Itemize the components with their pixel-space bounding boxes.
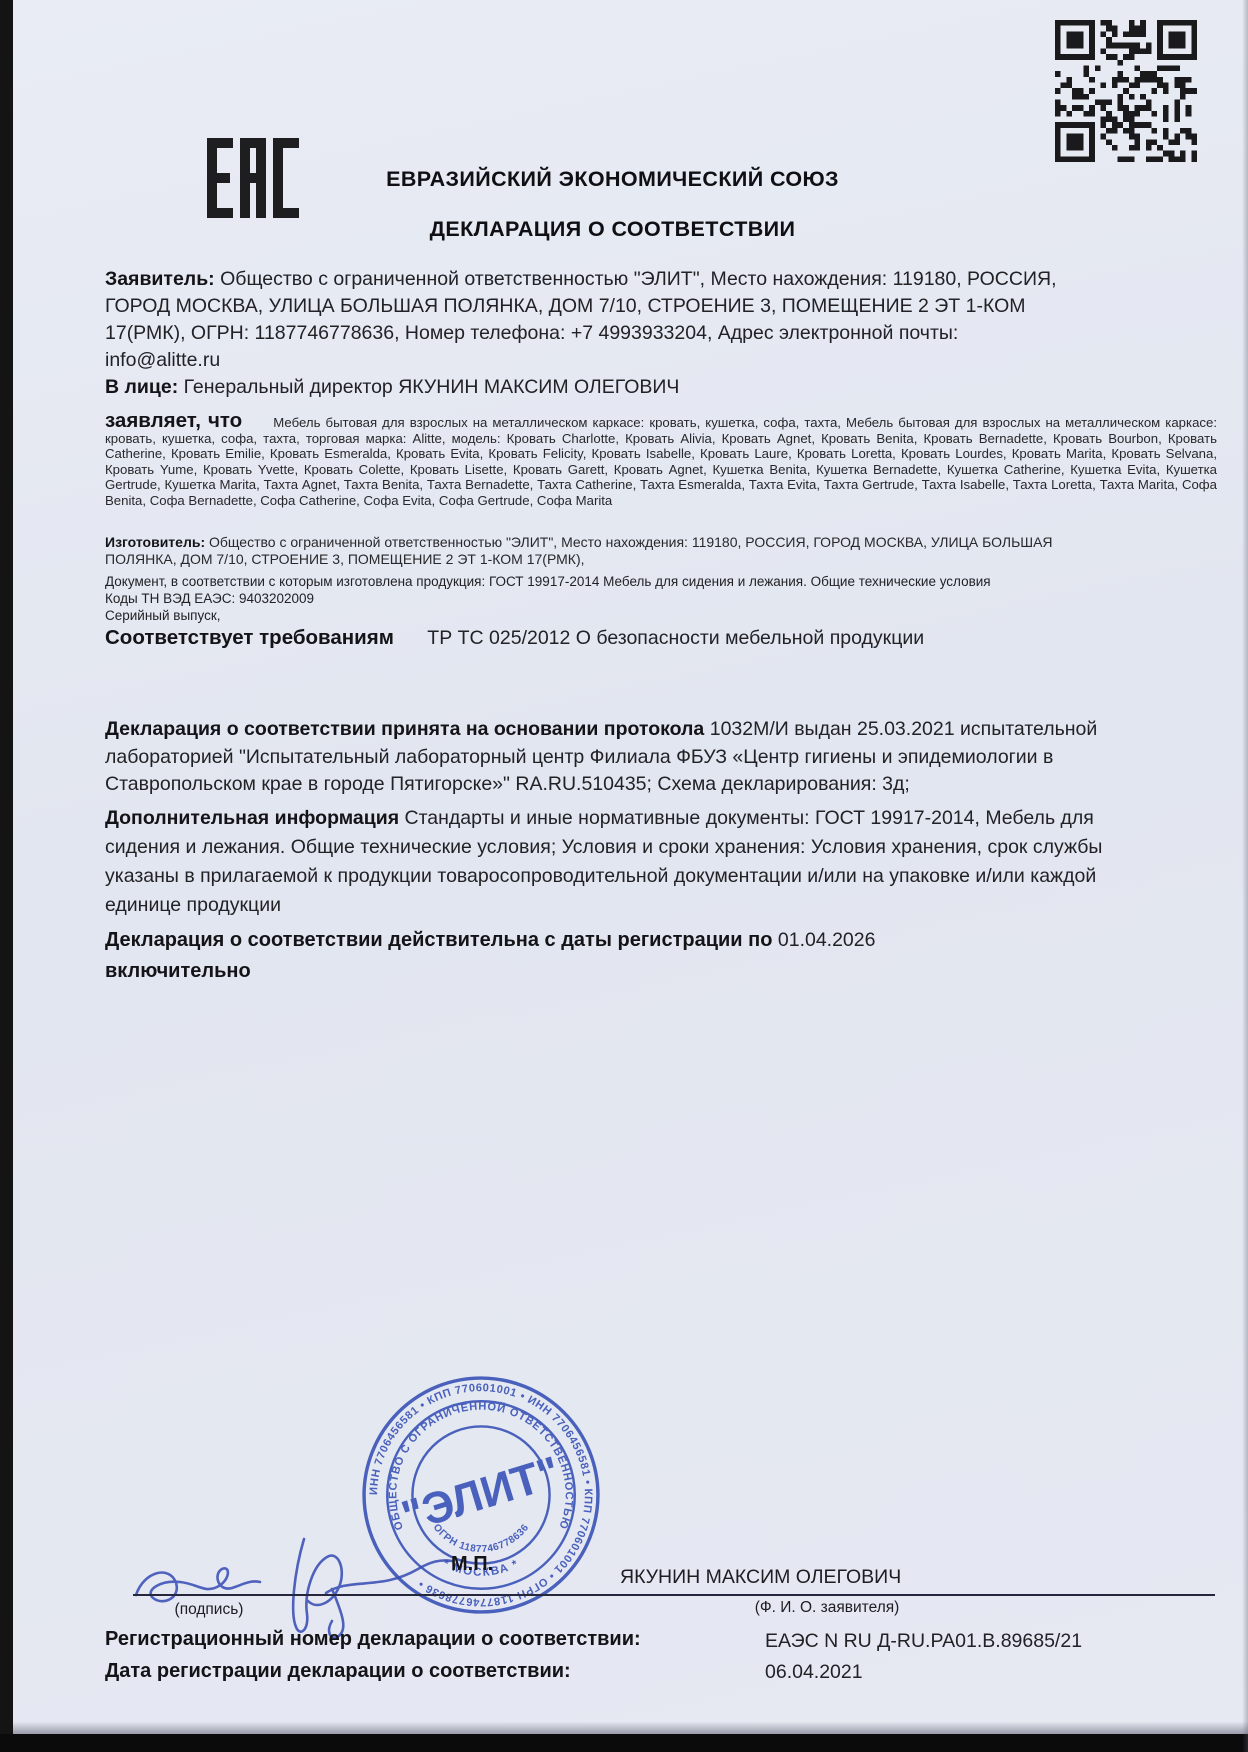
applicant-text: Общество с ограниченной ответственностью… bbox=[105, 268, 1057, 371]
in-person-text: Генеральный директор ЯКУНИН МАКСИМ ОЛЕГО… bbox=[184, 376, 680, 398]
scan-edge-bottom bbox=[0, 1734, 1248, 1752]
scan-edge-right bbox=[1242, 0, 1248, 1752]
registration-date-value: 06.04.2021 bbox=[765, 1661, 863, 1684]
registration-date-label: Дата регистрации декларации о соответств… bbox=[105, 1660, 571, 1683]
applicant-label: Заявитель: bbox=[105, 268, 215, 290]
tn-ved-line: Коды ТН ВЭД ЕАЭС: 9403202009 bbox=[105, 591, 905, 606]
validity-section: Декларация о соответствии действительна … bbox=[105, 925, 1115, 987]
conforms-text: ТР ТС 025/2012 О безопасности мебельной … bbox=[427, 627, 924, 649]
basis-section: Декларация о соответствии принята на осн… bbox=[105, 716, 1105, 799]
declares-section: заявляет, что Мебель бытовая для взрослы… bbox=[105, 411, 1217, 508]
validity-date: 01.04.2026 bbox=[778, 929, 876, 951]
document-title: ДЕКЛАРАЦИЯ О СООТВЕТСТВИИ bbox=[105, 217, 1120, 242]
manufacturer-text: Общество с ограниченной ответственностью… bbox=[105, 534, 1053, 567]
manufacturer-label: Изготовитель: bbox=[105, 534, 205, 550]
handwritten-signature bbox=[118, 1533, 458, 1641]
manufacturer-section: Изготовитель: Общество с ограниченной от… bbox=[105, 534, 1120, 567]
additional-info-section: Дополнительная информация Стандарты и ин… bbox=[105, 804, 1105, 920]
basis-label: Декларация о соответствии принята на осн… bbox=[105, 718, 704, 740]
registration-number-value: ЕАЭС N RU Д-RU.РА01.В.89685/21 bbox=[765, 1630, 1082, 1653]
declares-text: Мебель бытовая для взрослых на металличе… bbox=[105, 415, 1217, 508]
applicant-section: Заявитель: Общество с ограниченной ответ… bbox=[105, 266, 1065, 374]
in-person-label: В лице: bbox=[105, 376, 178, 398]
validity-label: Декларация о соответствии действительна … bbox=[105, 929, 772, 951]
qr-code bbox=[1055, 20, 1197, 162]
additional-info-label: Дополнительная информация bbox=[105, 807, 399, 829]
name-caption: (Ф. И. О. заявителя) bbox=[727, 1599, 927, 1617]
signature-caption: (подпись) bbox=[139, 1601, 279, 1619]
document-header: ЕВРАЗИЙСКИЙ ЭКОНОМИЧЕСКИЙ СОЮЗ ДЕКЛАРАЦИ… bbox=[105, 167, 1120, 242]
validity-suffix: включительно bbox=[105, 956, 1115, 987]
signatory-name: ЯКУНИН МАКСИМ ОЛЕГОВИЧ bbox=[620, 1566, 901, 1589]
product-doc-line: Документ, в соответствии с которым изгот… bbox=[105, 574, 1235, 589]
conforms-label: Соответствует требованиям bbox=[105, 626, 394, 649]
in-person-section: В лице: Генеральный директор ЯКУНИН МАКС… bbox=[105, 374, 1155, 401]
declares-label: заявляет, что bbox=[105, 409, 242, 432]
conforms-section: Соответствует требованиям ТР ТС 025/2012… bbox=[105, 626, 1215, 650]
stamp-place-label: М.П. bbox=[451, 1553, 493, 1576]
serial-line: Серийный выпуск, bbox=[105, 608, 905, 623]
registration-number-label: Регистрационный номер декларации о соотв… bbox=[105, 1628, 641, 1651]
scan-bottom-shadow bbox=[0, 1722, 1248, 1734]
signature-line bbox=[133, 1594, 1215, 1596]
union-title: ЕВРАЗИЙСКИЙ ЭКОНОМИЧЕСКИЙ СОЮЗ bbox=[105, 167, 1120, 192]
declaration-document: ЕВРАЗИЙСКИЙ ЭКОНОМИЧЕСКИЙ СОЮЗ ДЕКЛАРАЦИ… bbox=[0, 0, 1248, 1752]
scan-edge-left bbox=[0, 0, 13, 1752]
